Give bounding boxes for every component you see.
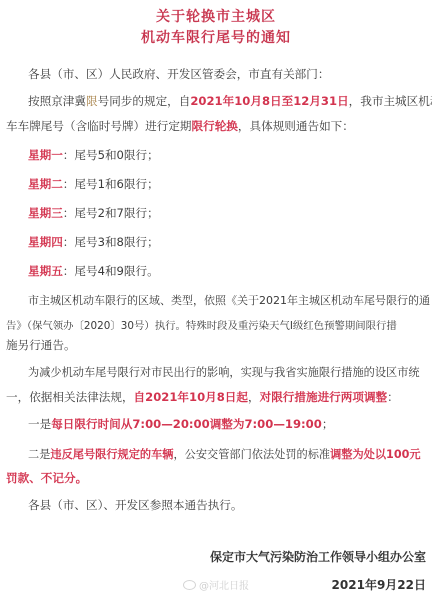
text: ，具体规则通告如下：: [238, 119, 354, 133]
paragraph-2-line-2: 告》（保气领办〔2020〕30号）执行。特殊时段及重污染天气Ⅰ级红色预警期间限行…: [0, 317, 432, 332]
highlight: 罚款、不记分。: [6, 471, 87, 485]
text: 车车牌尾号（含临时号牌）进行定期: [6, 119, 192, 133]
notice-title-line2: 机动车限行尾号的通知: [0, 27, 432, 47]
weekday-label: 星期四: [28, 235, 63, 249]
paragraph-3-line-2: 一，依据相关法律法规，自2021年10月8日起，对限行措施进行两项调整：: [0, 389, 432, 405]
schedule-friday: 星期五：尾号4和9限行。: [0, 263, 432, 279]
adjustment-2-line-1: 二是违反尾号限行规定的车辆，公安交管部门依法处罚的标准调整为处以100元: [0, 446, 432, 462]
plate-rule: ：尾号5和0限行；: [63, 148, 159, 162]
paragraph-1-line-1: 按照京津冀限号同步的规定，自2021年10月8日至12月31日，我市主城区机动: [0, 93, 432, 109]
highlight: 限行轮换: [192, 119, 238, 133]
text: ，公安交管部门依法处罚的标准: [173, 448, 330, 461]
highlight: 对限行措施进行两项调整: [260, 390, 388, 404]
paragraph-1-line-2: 车车牌尾号（含临时号牌）进行定期限行轮换，具体规则通告如下：: [0, 118, 432, 134]
text: 号同步的规定，自: [98, 94, 191, 108]
plate-rule: ：尾号3和8限行；: [63, 235, 159, 249]
weekday-label: 星期一: [28, 148, 63, 162]
weekday-label: 星期二: [28, 177, 63, 191]
paragraph-3-line-1: 为减少机动车尾号限行对市民出行的影响，实现与我省实施限行措施的设区市统: [0, 364, 432, 380]
paragraph-2-line-3: 施另行通告。: [0, 337, 432, 353]
watermark: @河北日报: [183, 577, 249, 592]
text: ；: [322, 417, 334, 431]
text: ：: [387, 390, 399, 404]
weekday-label: 星期五: [28, 264, 63, 278]
issue-date: 2021年9月22日: [332, 576, 426, 593]
text: ，我市主城区机动: [349, 94, 432, 108]
plate-rule: ：尾号2和7限行；: [63, 206, 159, 220]
adjustment-2-line-2: 罚款、不记分。: [0, 470, 432, 486]
schedule-wednesday: 星期三：尾号2和7限行；: [0, 205, 432, 221]
text: 二是: [28, 448, 50, 461]
closing-line: 各县（市、区）、开发区参照本通告执行。: [0, 497, 432, 513]
highlight: 违反尾号限行规定的车辆: [50, 448, 173, 461]
plate-rule: ：尾号4和9限行。: [63, 264, 159, 278]
highlight: 调整为处以100元: [330, 448, 420, 461]
notice-title-line1: 关于轮换市主城区: [0, 6, 432, 26]
signature: 保定市大气污染防治工作领导小组办公室: [210, 548, 426, 565]
date-range: 2021年10月8日至12月31日: [190, 94, 348, 108]
adjustment-1: 一是每日限行时间从7:00—20:00调整为7:00—19:00；: [0, 416, 432, 432]
text: ，: [248, 390, 260, 404]
highlight: 每日限行时间从7:00—20:00调整为7:00—19:00: [51, 417, 322, 431]
salutation: 各县（市、区）人民政府、开发区管委会，市直有关部门：: [0, 66, 432, 82]
watermark-text: @河北日报: [199, 577, 249, 592]
text: 一是: [28, 417, 51, 431]
weibo-icon: [183, 580, 196, 590]
text: 限: [86, 94, 98, 108]
schedule-tuesday: 星期二：尾号1和6限行；: [0, 176, 432, 192]
weekday-label: 星期三: [28, 206, 63, 220]
schedule-thursday: 星期四：尾号3和8限行；: [0, 234, 432, 250]
effective-date: 自2021年10月8日起: [134, 390, 248, 404]
paragraph-2-line-1: 市主城区机动车限行的区域、类型，依照《关于2021年主城区机动车尾号限行的通: [0, 292, 432, 308]
plate-rule: ：尾号1和6限行；: [63, 177, 159, 191]
text: 一，依据相关法律法规，: [6, 390, 134, 404]
text: 按照京津冀: [28, 94, 86, 108]
schedule-monday: 星期一：尾号5和0限行；: [0, 147, 432, 163]
